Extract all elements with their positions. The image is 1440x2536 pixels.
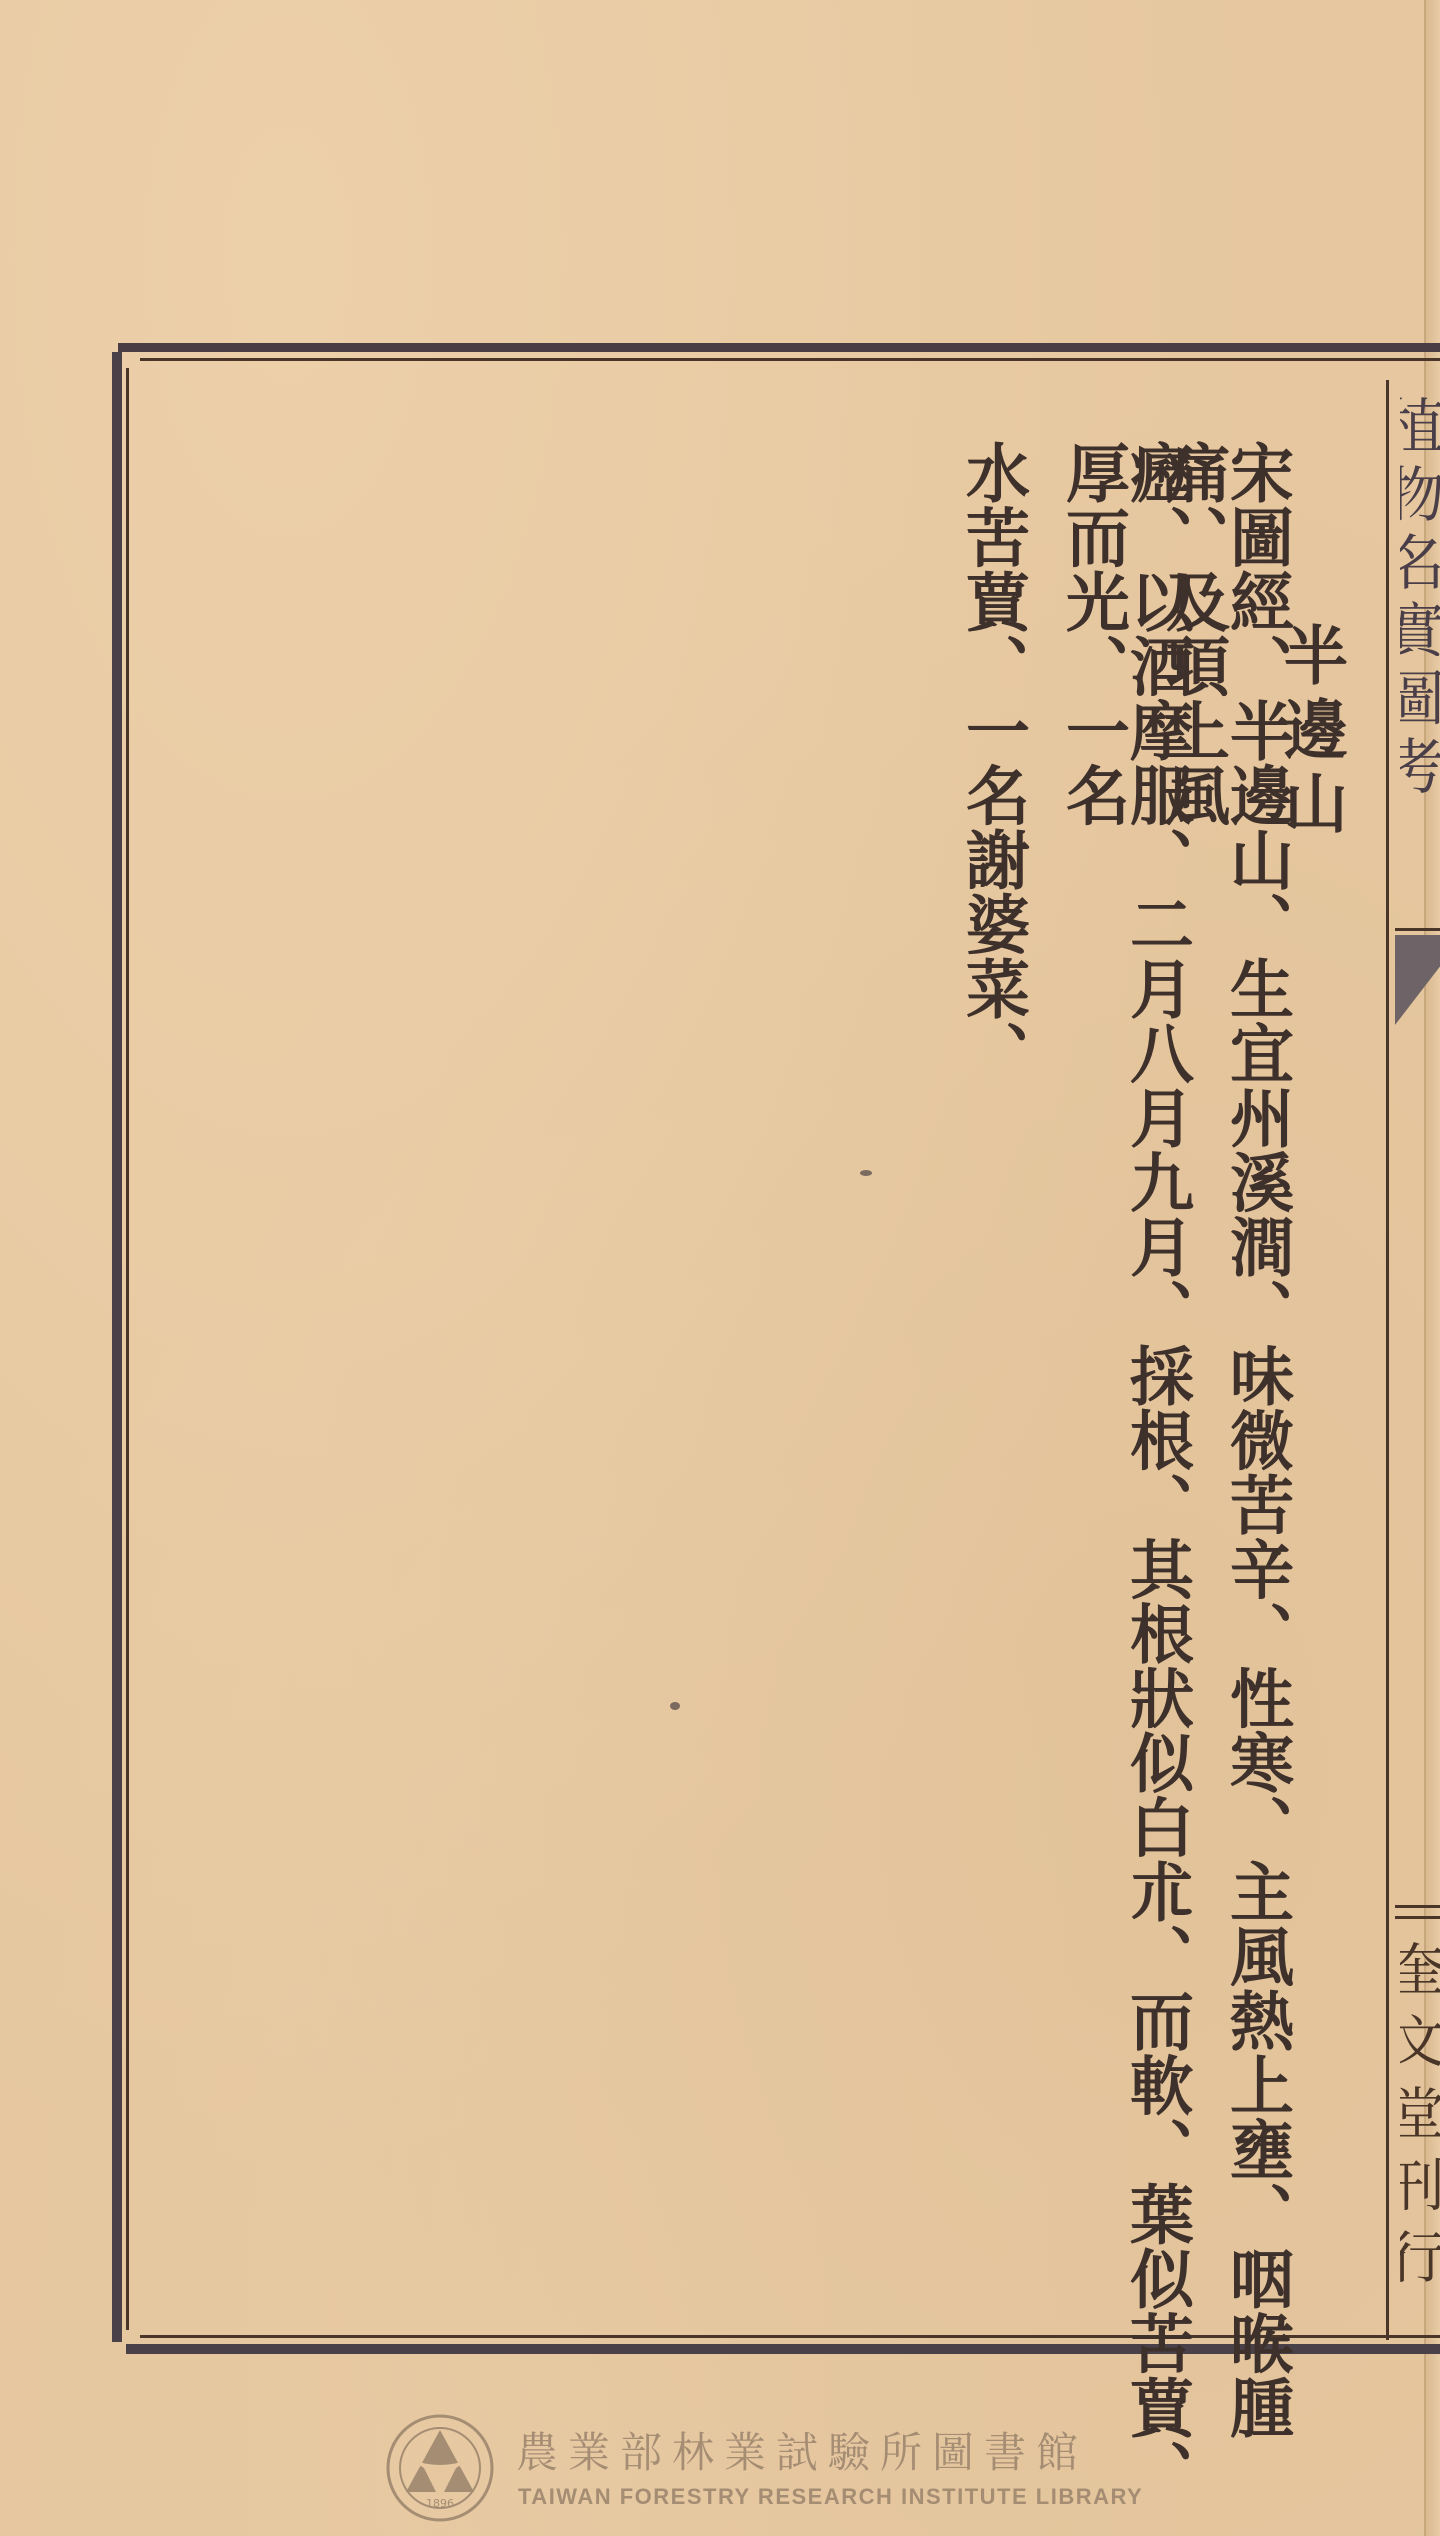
library-logo-icon: 1896 (384, 2412, 496, 2524)
banxin-divider-rule (1386, 380, 1389, 2340)
frame-top-thin-rule (140, 358, 1440, 361)
logo-year: 1896 (426, 2497, 454, 2510)
paper-speck (860, 1170, 872, 1176)
text-column-2: 癧、以酒摩服、二月八月九月、採根、其根狀似白朮、而軟、葉似苦蕒、厚而光、一名 (1060, 440, 1188, 2536)
fishtail-rule (1395, 928, 1440, 931)
publisher-label: 奎文堂刊行 (1400, 1940, 1440, 2300)
library-watermark: 1896 農業部林業試驗所圖書館 TAIWAN FORESTRY RESEARC… (384, 2412, 1074, 2527)
publisher-rule-1 (1395, 1905, 1440, 1908)
library-name-chinese: 農業部林業試驗所圖書館 (516, 2420, 1088, 2480)
publisher-rule-2 (1395, 1916, 1440, 1919)
margin-title: 植物名實圖考 (1400, 395, 1440, 803)
paper-speck (670, 1702, 680, 1710)
frame-left-thin-rule (126, 368, 129, 2330)
frame-top-thick-rule (118, 343, 1440, 352)
text-column-3: 水苦蕒、一名謝婆菜、 (960, 440, 1024, 1085)
library-name-english: TAIWAN FORESTRY RESEARCH INSTITUTE LIBRA… (518, 2484, 1143, 2510)
frame-left-thick-rule (112, 352, 122, 2342)
